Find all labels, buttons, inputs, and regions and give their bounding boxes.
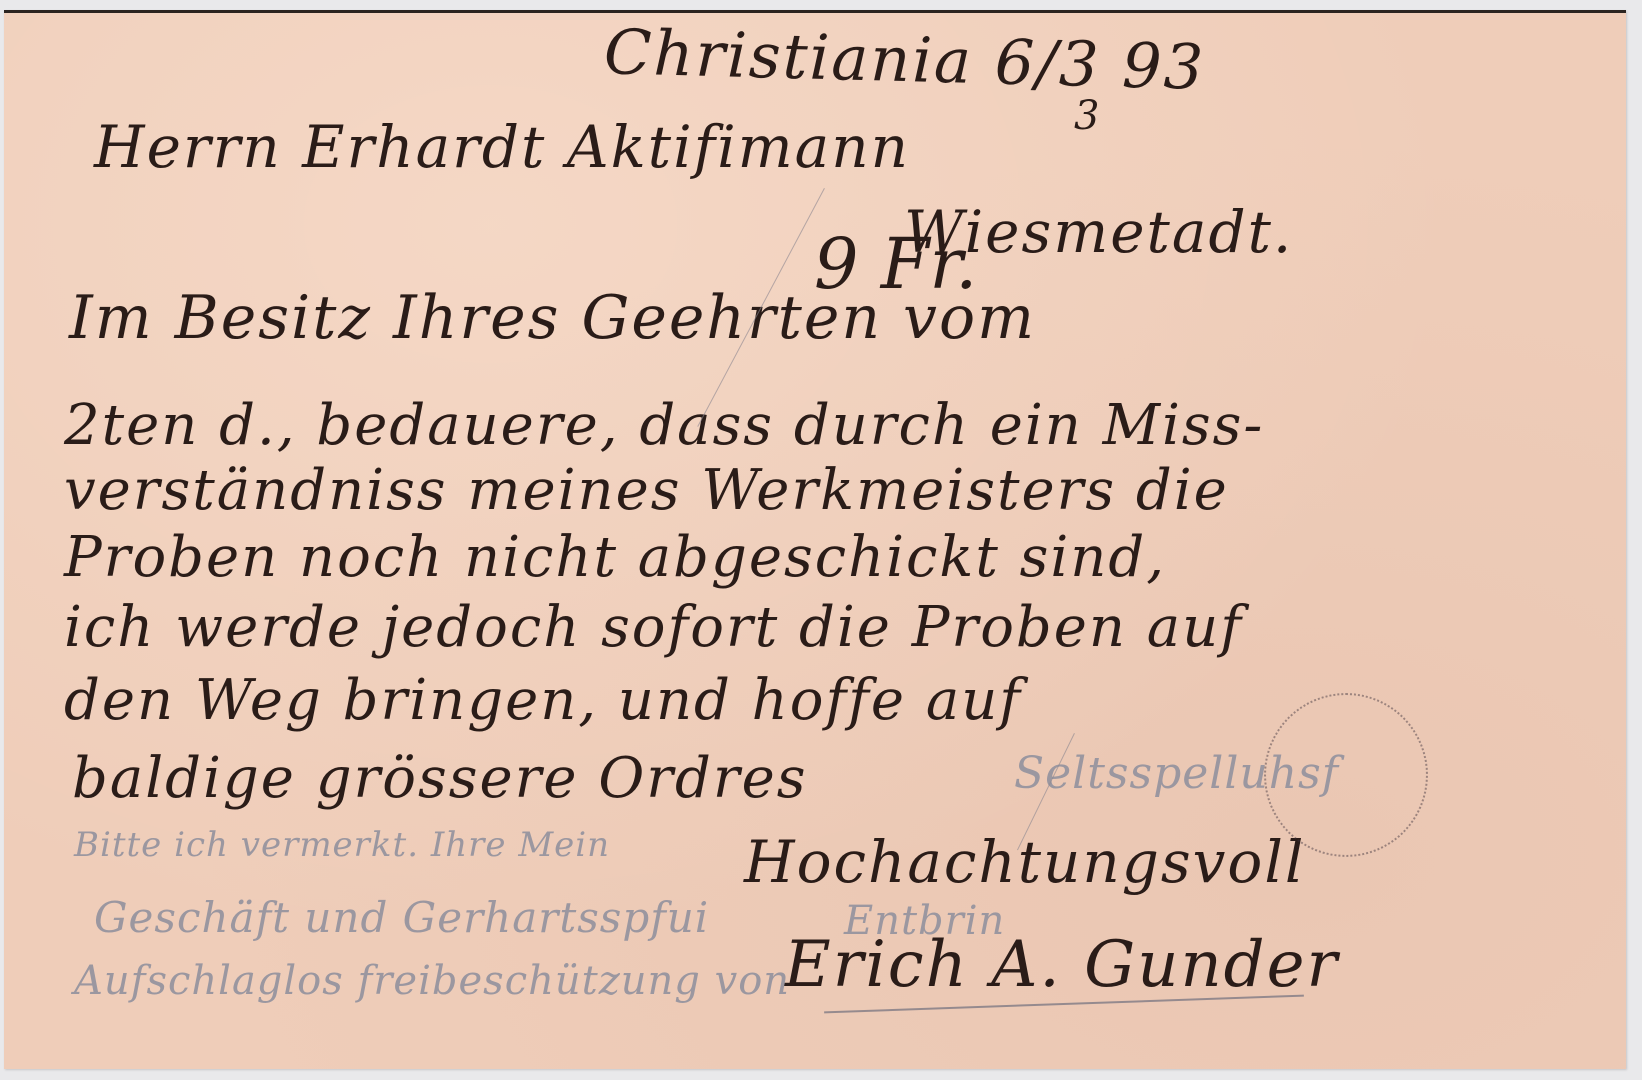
postcard: Christiania 6/3 93 Herrn Erhardt Aktifim… [4,10,1626,1069]
body-line-1: Im Besitz Ihres Geehrten vom [69,283,1036,353]
body-line-3: verständniss meines Werkmeisters die [64,458,1229,523]
pencil-note-line-3: Aufschlaglos freibeschützung von [74,958,790,1004]
pencil-note-signature: Entbrin [844,898,1005,944]
pencil-note-line-1: Bitte ich vermerkt. Ihre Mein [74,825,610,865]
place-date: Christiania 6/3 93 [603,15,1206,104]
body-line-4: Proben noch nicht abgeschickt sind, [64,525,1166,590]
address-overwrite-number: 3 [1074,93,1101,139]
body-line-5: ich werde jedoch sofort die Proben auf [64,595,1243,660]
body-line-7: baldige grössere Ordres [72,746,808,811]
body-line-2: 2ten d., bedauere, dass durch ein Miss- [64,393,1264,458]
addressee-name: Herrn Erhardt Aktifimann [94,113,910,181]
pencil-note-line-2: Geschäft und Gerhartsspfui [94,893,709,942]
closing: Hochachtungsvoll [744,828,1305,896]
body-line-6: den Weg bringen, und hoffe auf [64,668,1022,733]
postmark-impression [1264,693,1428,857]
